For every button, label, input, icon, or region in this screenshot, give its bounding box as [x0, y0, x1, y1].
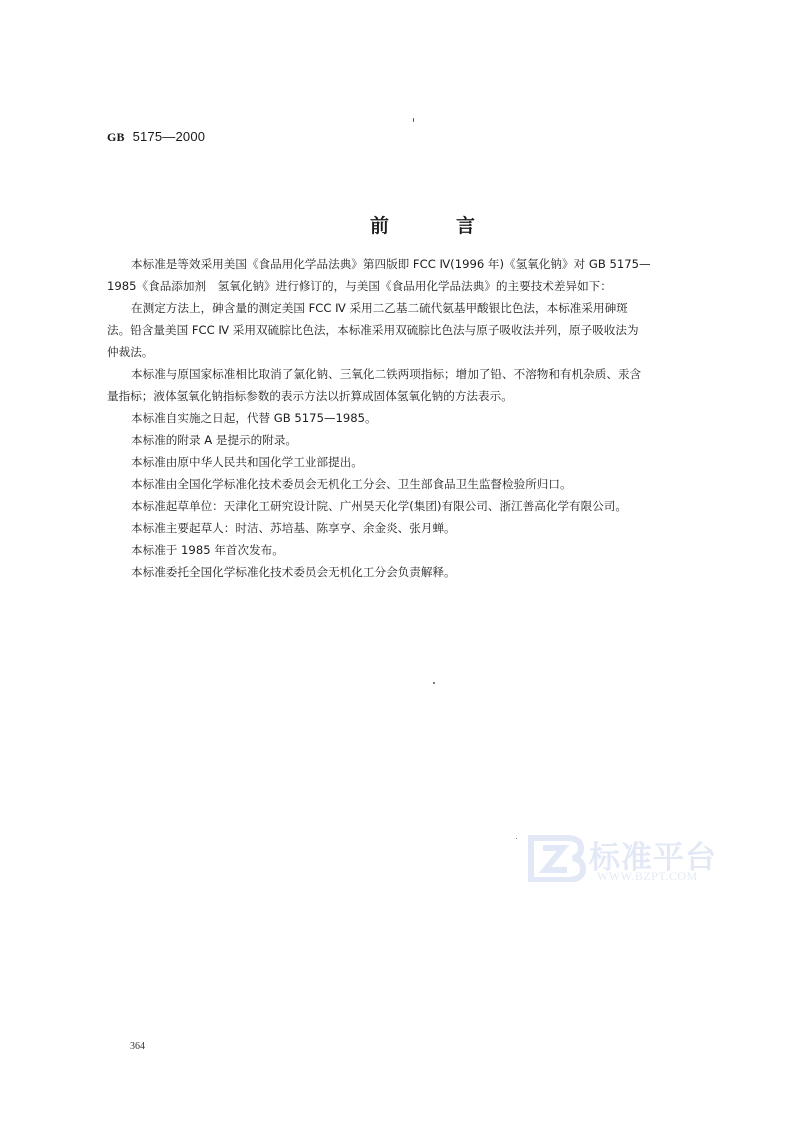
paragraph-proposed-by: 本标准由原中华人民共和国化学工业部提出。 — [107, 451, 707, 473]
paragraph-index-changes: 本标准与原国家标准相比取消了氯化钠、三氧化二铁两项指标；增加了铅、不溶物和有机杂… — [107, 363, 707, 407]
paragraph-first-published: 本标准于 1985 年首次发布。 — [107, 539, 707, 561]
standard-prefix: GB — [107, 130, 125, 144]
paragraph-equivalence: 本标准是等效采用美国《食品用化学品法典》第四版即 FCC Ⅳ(1996 年)《氢… — [107, 253, 707, 297]
text-line: 本标准与原国家标准相比取消了氯化钠、三氧化二铁两项指标；增加了铅、不溶物和有机杂… — [107, 363, 707, 385]
text-line: 1985《食品添加剂 氢氧化钠》进行修订的，与美国《食品用化学品法典》的主要技术… — [107, 275, 707, 297]
title-char-2: 言 — [456, 211, 475, 238]
text-line: 法。铅含量美国 FCC Ⅳ 采用双硫腙比色法，本标准采用双硫腙比色法与原子吸收法… — [107, 319, 707, 341]
paragraph-centralized-by: 本标准由全国化学标准化技术委员会无机化工分会、卫生部食品卫生监督检验所归口。 — [107, 473, 707, 495]
scan-speck — [516, 838, 517, 839]
foreword-body: 本标准是等效采用美国《食品用化学品法典》第四版即 FCC Ⅳ(1996 年)《氢… — [107, 253, 707, 583]
paragraph-appendix: 本标准的附录 A 是提示的附录。 — [107, 429, 707, 451]
page-number: 364 — [130, 1041, 145, 1052]
bzpt-logo-icon — [527, 834, 587, 882]
paragraph-test-methods: 在测定方法上，砷含量的测定美国 FCC Ⅳ 采用二乙基二硫代氨基甲酸银比色法，本… — [107, 297, 707, 363]
paragraph-drafters: 本标准主要起草人：时洁、苏培基、陈享亨、余金炎、张月蝉。 — [107, 517, 707, 539]
paragraph-replaces: 本标准自实施之日起，代替 GB 5175—1985。 — [107, 407, 707, 429]
watermark: 标准平台 WWW.BZPT.COM — [527, 830, 727, 890]
standard-code: GB 5175—2000 — [107, 129, 205, 145]
text-line: 本标准是等效采用美国《食品用化学品法典》第四版即 FCC Ⅳ(1996 年)《氢… — [107, 253, 707, 275]
title-char-1: 前 — [370, 215, 389, 237]
text-line: 在测定方法上，砷含量的测定美国 FCC Ⅳ 采用二乙基二硫代氨基甲酸银比色法，本… — [107, 297, 707, 319]
text-line: 量指标；液体氢氧化钠指标参数的表示方法以折算成固体氢氧化钠的方法表示。 — [107, 385, 707, 407]
paragraph-drafting-units: 本标准起草单位：天津化工研究设计院、广州昊天化学(集团)有限公司、浙江善高化学有… — [107, 495, 707, 517]
scan-speck — [413, 118, 414, 122]
paragraph-interpretation: 本标准委托全国化学标准化技术委员会无机化工分会负责解释。 — [107, 561, 707, 583]
page-title: 前 言 — [370, 211, 389, 238]
standard-number: 5175—2000 — [133, 129, 206, 144]
scan-speck — [433, 682, 435, 684]
text-line: 仲裁法。 — [107, 341, 707, 363]
watermark-url: WWW.BZPT.COM — [597, 869, 698, 884]
